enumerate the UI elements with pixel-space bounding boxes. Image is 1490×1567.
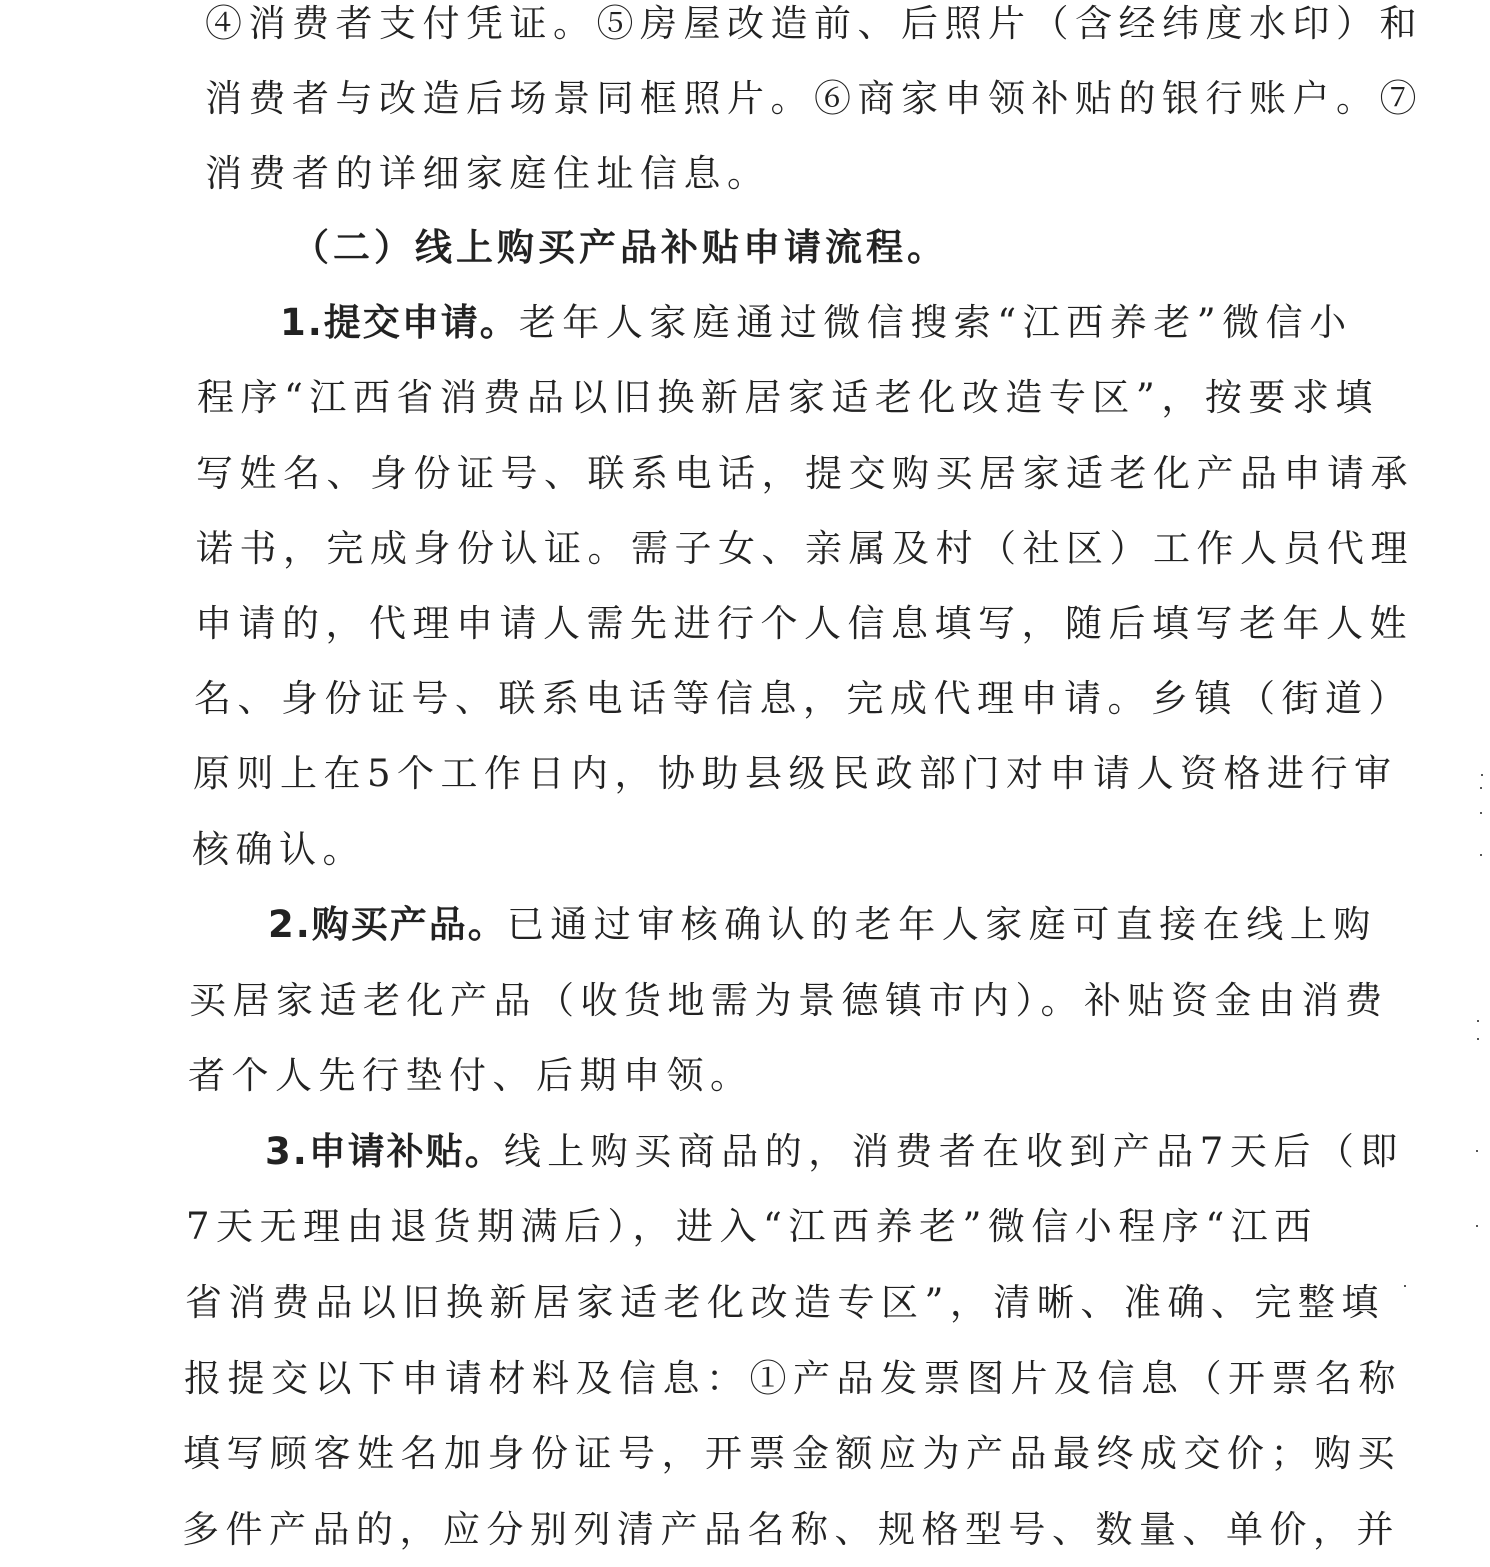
text-line: 省消费品以旧换新居家适老化改造专区”，清晰、准确、完整填: [185, 1281, 1385, 1325]
paragraph-start: 1.提交申请。老年人家庭通过微信搜索“江西养老”微信小: [280, 301, 1353, 345]
scan-artifact: [1477, 1020, 1479, 1022]
scan-artifact: [1480, 854, 1482, 856]
scan-artifact: [1476, 1225, 1478, 1227]
text-line: 诺书，完成身份认证。需子女、亲属及村（社区）工作人员代理: [196, 527, 1414, 571]
section-heading: （二）线上购买产品补贴申请流程。: [292, 226, 948, 270]
scan-artifact: [1480, 787, 1482, 789]
text-line: 写姓名、身份证号、联系电话，提交购买居家适老化产品申请承: [196, 452, 1414, 496]
step-title: 2.购买产品。: [268, 903, 507, 946]
document-page: ④消费者支付凭证。⑤房屋改造前、后照片（含经纬度水印）和 消费者与改造后场景同框…: [0, 0, 1490, 1567]
text-line: 老年人家庭通过微信搜索“江西养老”微信小: [519, 301, 1353, 344]
paragraph-start: 3.申请补贴。线上购买商品的，消费者在收到产品7天后（即: [265, 1130, 1404, 1174]
text-line: ④消费者支付凭证。⑤房屋改造前、后照片（含经纬度水印）和: [205, 2, 1423, 46]
text-line: 消费者的详细家庭住址信息。: [205, 152, 771, 196]
text-line: 核确认。: [192, 828, 366, 872]
scan-artifact: [1404, 1285, 1406, 1287]
text-line: 已通过审核确认的老年人家庭可直接在线上购: [507, 903, 1377, 946]
text-line: 者个人先行垫付、后期申领。: [188, 1054, 754, 1098]
step-title: 1.提交申请。: [280, 301, 519, 344]
scan-artifact: [1480, 812, 1482, 814]
text-line: 7天无理由退货期满后），进入“江西养老”微信小程序“江西: [186, 1205, 1318, 1249]
paragraph-start: 2.购买产品。已通过审核确认的老年人家庭可直接在线上购: [268, 903, 1377, 947]
text-line: 线上购买商品的，消费者在收到产品7天后（即: [504, 1130, 1404, 1173]
scan-artifact: [1476, 1150, 1478, 1152]
text-line: 报提交以下申请材料及信息：①产品发票图片及信息（开票名称: [184, 1357, 1402, 1401]
scan-artifact: [1481, 774, 1483, 776]
text-line: 消费者与改造后场景同框照片。⑥商家申领补贴的银行账户。⑦: [205, 77, 1423, 121]
text-line: 程序“江西省消费品以旧换新居家适老化改造专区”，按要求填: [197, 376, 1379, 420]
text-line: 名、身份证号、联系电话等信息，完成代理申请。乡镇（街道）: [194, 677, 1412, 721]
scan-artifact: [1477, 1038, 1479, 1040]
text-line: 申请的，代理申请人需先进行个人信息填写，随后填写老年人姓: [195, 602, 1413, 646]
text-line: 填写顾客姓名加身份证号，开票金额应为产品最终成交价；购买: [183, 1432, 1401, 1476]
text-line: 原则上在5个工作日内，协助县级民政部门对申请人资格进行审: [193, 752, 1398, 796]
text-line: 多件产品的，应分别列清产品名称、规格型号、数量、单价，并: [182, 1508, 1400, 1552]
text-line: 买居家适老化产品（收货地需为景德镇市内）。补贴资金由消费: [189, 979, 1389, 1023]
step-title: 3.申请补贴。: [265, 1130, 504, 1173]
